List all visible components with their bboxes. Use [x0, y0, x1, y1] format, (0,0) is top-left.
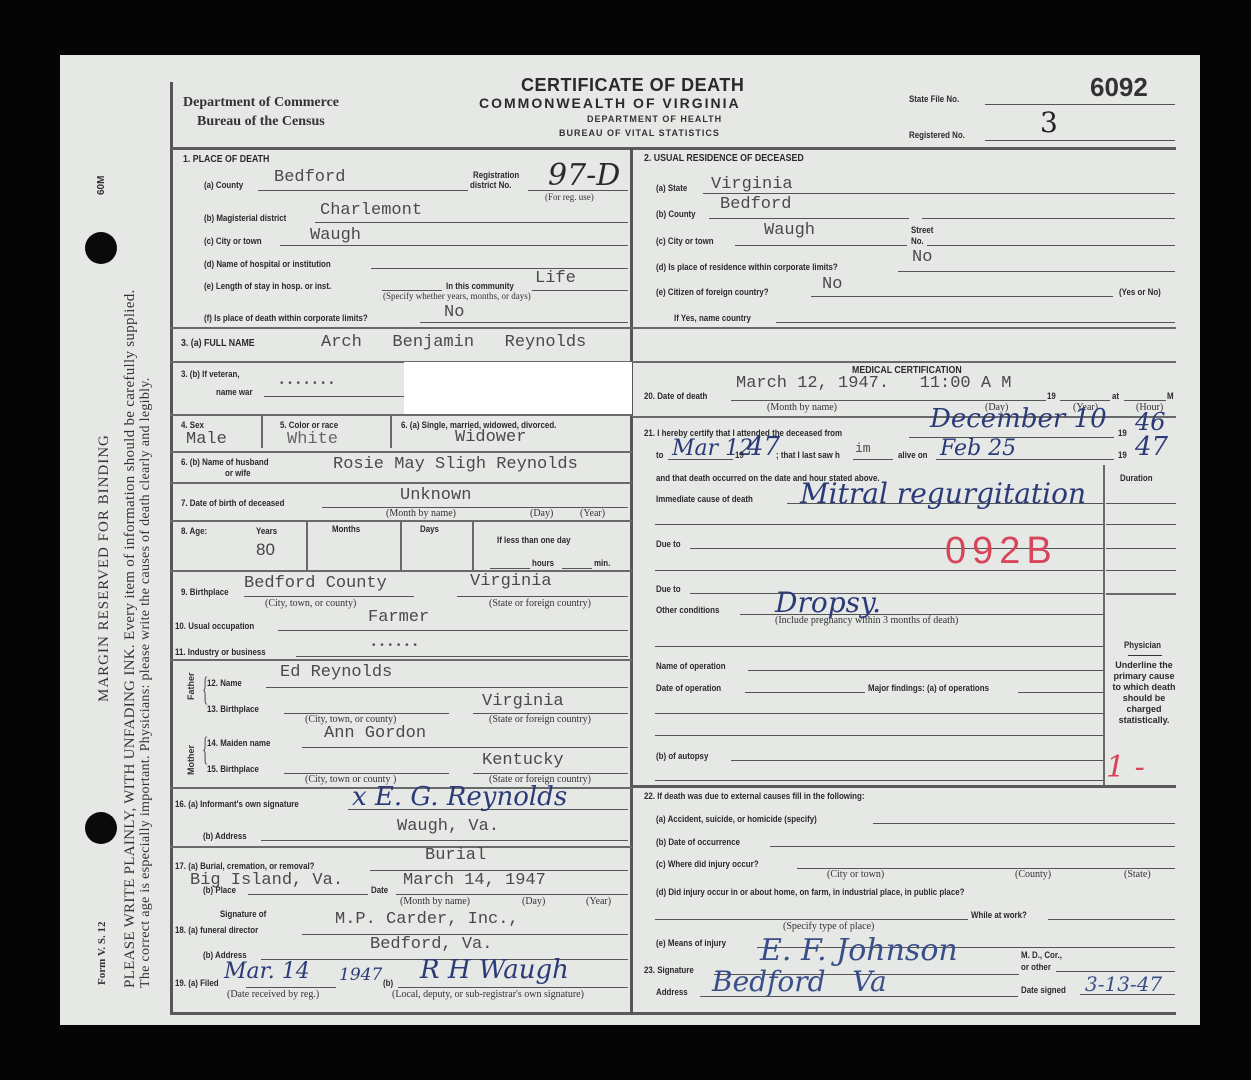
due-to-2-line [690, 593, 1103, 594]
less-day-label: If less than one day [497, 535, 571, 545]
physician-note-title: Physician [1124, 640, 1161, 650]
external-county-note: (County) [1015, 869, 1051, 880]
duration-rule [1106, 593, 1176, 595]
registered-label: Registered No. [909, 130, 965, 140]
rule-4 [170, 414, 632, 416]
other-conditions-label: Other conditions [656, 605, 719, 615]
due-to-1-label: Due to [656, 539, 681, 549]
sex-label: 4. Sex [181, 420, 204, 430]
filed-date-value: Mar. 14 [224, 959, 310, 984]
external-b-label: (b) Date of occurrence [656, 837, 740, 847]
burial-type-value: Burial [425, 846, 486, 865]
rule-1 [170, 327, 632, 329]
spouse-label-2: or wife [225, 468, 251, 478]
informant-signature: x E. G. Reynolds [352, 782, 567, 812]
findings-line [1018, 692, 1103, 693]
duration-line-2 [1106, 524, 1176, 525]
cause-line-2 [655, 524, 1103, 525]
tally-mark: 1 - [1106, 750, 1145, 785]
citizen-line [811, 296, 1113, 297]
spouse-label: 6. (b) Name of husband [181, 457, 269, 467]
birthplace-label: 9. Birthplace [181, 587, 229, 597]
autopsy-line-2 [655, 780, 1103, 781]
birthplace-city-line [244, 596, 414, 597]
registered-line [985, 140, 1175, 141]
type-of-place-note: (Specify type of place) [783, 921, 874, 932]
means-of-injury-label: (e) Means of injury [656, 938, 726, 948]
divider-sex [261, 416, 263, 448]
burial-type-label: 17. (a) Burial, cremation, or removal? [175, 861, 315, 871]
city-line [280, 245, 628, 246]
rule-9 [170, 659, 632, 661]
duration-line-3 [1106, 548, 1176, 549]
rule-2 [632, 327, 1176, 329]
father-birth-label: 13. Birthplace [207, 704, 259, 714]
death-19-label: 19 [1047, 391, 1056, 401]
external-a-label: (a) Accident, suicide, or homicide (spec… [656, 814, 817, 824]
hours-line [490, 568, 530, 569]
years-label: Years [256, 526, 277, 536]
rule-11 [170, 846, 632, 848]
frame-left [170, 82, 173, 1015]
informant-signature-label: 16. (a) Informant's own signature [175, 799, 299, 809]
autopsy-line [731, 760, 1103, 761]
street-label: Street [911, 225, 933, 235]
death-month-note: (Month by name) [767, 402, 837, 413]
days-label: Days [420, 524, 439, 534]
father-name-value: Ed Reynolds [280, 663, 392, 682]
rule-13 [632, 785, 1176, 788]
external-c-label: (c) Where did injury occur? [656, 859, 759, 869]
occupation-line [278, 630, 628, 631]
death-at-label: at [1112, 391, 1119, 401]
findings-line-2 [655, 713, 1103, 714]
community-line [532, 290, 628, 291]
country-label: If Yes, name country [674, 313, 751, 323]
code-stamp: 092B [945, 530, 1058, 573]
father-name-label: 12. Name [207, 678, 242, 688]
instruction-line-2: The correct age is especially important.… [138, 377, 154, 988]
binding-hole-bottom [85, 812, 117, 844]
informant-address-value: Waugh, Va. [397, 817, 499, 836]
autopsy-label: (b) of autopsy [656, 751, 708, 761]
sex-value: Male [186, 430, 227, 449]
registrar-line [398, 987, 628, 988]
death-date-label: 20. Date of death [644, 391, 707, 401]
citizen-label: (e) Citizen of foreign country? [656, 287, 769, 297]
res-state-value: Virginia [711, 175, 793, 194]
attend-to-19: 19 [735, 450, 744, 460]
divider-days [472, 522, 474, 570]
full-name-label: 3. (a) FULL NAME [181, 338, 255, 349]
hospital-line [371, 268, 628, 269]
findings-line-3 [655, 735, 1103, 736]
while-at-work-line [1048, 919, 1175, 920]
physician-signature-label: 23. Signature [644, 965, 694, 975]
death-date-value: March 12, 1947. 11:00 A M [736, 374, 1011, 393]
last-saw-him: im [855, 441, 871, 456]
res-county-line [709, 218, 909, 219]
birthplace-city-value: Bedford County [244, 574, 387, 593]
informant-address-label: (b) Address [203, 831, 247, 841]
physician-note-rule [1128, 655, 1162, 656]
divider-years [306, 522, 308, 570]
burial-date-value: March 14, 1947 [403, 871, 546, 890]
rule-6 [170, 482, 632, 484]
immediate-cause-value: Mitral regurgitation [800, 477, 1086, 510]
months-label: Months [332, 524, 360, 534]
veteran-line [264, 396, 404, 397]
operation-line [748, 670, 1103, 671]
external-d-label: (d) Did injury occur in or about home, o… [656, 887, 964, 897]
attend-to-label: to [656, 450, 663, 460]
corporate-label-1: (f) Is place of death within corporate l… [204, 313, 368, 323]
res-city-label: (c) City or town [656, 236, 714, 246]
duration-label: Duration [1120, 473, 1153, 483]
physician-address-label: Address [656, 987, 688, 997]
dob-label: 7. Date of birth of deceased [181, 498, 284, 508]
instruction-line-1: PLEASE WRITE PLAINLY, WITH UNFADING INK.… [122, 289, 139, 988]
corporate-line-1 [420, 322, 628, 323]
operation-label: Name of operation [656, 661, 726, 671]
corporate-value-1: No [444, 303, 464, 322]
mother-birth-state-value: Kentucky [482, 751, 564, 770]
informant-address-line [261, 840, 628, 841]
reg-district-value: 97-D [548, 158, 620, 193]
cause-line-6 [655, 646, 1103, 647]
residence-heading: 2. USUAL RESIDENCE OF DECEASED [644, 153, 804, 164]
filed-date-line [246, 987, 336, 988]
occupation-value: Farmer [368, 608, 429, 627]
department-of-health: DEPARTMENT OF HEALTH [587, 114, 722, 124]
race-label: 5. Color or race [280, 420, 338, 430]
birthplace-city-note: (City, town, or county) [265, 598, 356, 609]
father-tag: Father [186, 672, 196, 700]
res-city-line [735, 245, 907, 246]
dob-day-note: (Day) [530, 508, 553, 519]
age-label: 8. Age: [181, 526, 207, 536]
header-rule [170, 147, 1176, 150]
external-a-line [873, 823, 1175, 824]
while-at-work-label: While at work? [971, 910, 1027, 920]
birthplace-state-line [457, 596, 628, 597]
dept-line-2: Bureau of the Census [197, 114, 325, 130]
reg-district-label-2: district No. [470, 180, 511, 190]
veteran-label: 3. (b) If veteran, [181, 369, 240, 379]
alive-on-value: Feb 25 [940, 436, 1016, 461]
attend-from-value: December 10 [930, 404, 1107, 434]
veteran-value: • • • • • • • [280, 378, 334, 389]
reg-district-label: Registration [473, 170, 519, 180]
res-state-label: (a) State [656, 183, 687, 193]
state-file-label: State File No. [909, 94, 959, 104]
rule-8 [170, 570, 632, 572]
last-saw-label: ; that I last saw h [776, 450, 840, 460]
birthplace-state-note: (State or foreign country) [489, 598, 591, 609]
footer-rule [170, 1012, 1176, 1015]
certificate-title: CERTIFICATE OF DEATH [521, 75, 744, 96]
duration-divider [1103, 465, 1105, 785]
date-signed-value: 3-13-47 [1085, 972, 1162, 996]
last-saw-line [853, 459, 893, 460]
father-state-note: (State or foreign country) [489, 714, 591, 725]
burial-place-line [248, 894, 368, 895]
state-file-number: 6092 [1090, 72, 1148, 103]
place-of-death-heading: 1. PLACE OF DEATH [183, 154, 269, 165]
res-corporate-value: No [912, 248, 932, 267]
min-line [562, 568, 592, 569]
street-line [927, 245, 1175, 246]
mother-birth-label: 15. Birthplace [207, 764, 259, 774]
due-to-2-label: Due to [656, 584, 681, 594]
physician-note: Underline the primary cause to which dea… [1112, 660, 1176, 726]
citizen-value: No [822, 275, 842, 294]
director-label-2: 18. (a) funeral director [175, 925, 258, 935]
death-date-line [731, 400, 1046, 401]
state-file-line [985, 104, 1175, 105]
street-no-label: No. [911, 236, 924, 246]
res-county-label: (b) County [656, 209, 696, 219]
stock-code: 60M [96, 176, 107, 195]
cause-line-4 [655, 570, 1103, 571]
race-value: White [287, 430, 338, 449]
name-war-label: name war [216, 387, 253, 397]
director-label: Signature of [220, 909, 266, 919]
rule-5 [170, 451, 632, 453]
burial-place-label: (b) Place [203, 885, 236, 895]
mother-tag: Mother [186, 745, 196, 775]
external-b-line [770, 846, 1175, 847]
filed-note: (Date received by reg.) [227, 989, 319, 1000]
county-value: Bedford [274, 168, 345, 187]
margin-reserved-text: MARGIN RESERVED FOR BINDING [96, 434, 113, 702]
mother-name-value: Ann Gordon [324, 724, 426, 743]
immediate-cause-label: Immediate cause of death [656, 494, 753, 504]
filed-year-value: 1947 [339, 965, 382, 985]
external-heading: 22. If death was due to external causes … [644, 791, 864, 801]
res-county-value: Bedford [720, 195, 791, 214]
industry-value: • • • • • • [372, 640, 418, 651]
father-name-line [266, 687, 628, 688]
magisterial-value: Charlemont [320, 201, 422, 220]
registered-number: 3 [1040, 106, 1058, 139]
stay-label: (e) Length of stay in hosp. or inst. [204, 281, 331, 291]
external-city-note: (City or town) [827, 869, 884, 880]
birthplace-state-value: Virginia [470, 572, 552, 591]
burial-date-line [396, 894, 628, 895]
magisterial-label: (b) Magisterial district [204, 213, 286, 223]
community-value: Life [535, 269, 576, 288]
burial-year-note: (Year) [586, 896, 611, 907]
reg-use-note: (For reg. use) [545, 192, 594, 202]
father-birth-state-value: Virginia [482, 692, 564, 711]
op-date-line [745, 692, 865, 693]
divider-months [400, 522, 402, 570]
duration-line-1 [1106, 503, 1176, 504]
alive-19: 19 [1118, 450, 1127, 460]
director-value: M.P. Carder, Inc., [335, 910, 519, 929]
findings-label: Major findings: (a) of operations [868, 683, 989, 693]
pregnancy-note: (Include pregnancy within 3 months of de… [775, 615, 958, 626]
city-label: (c) City or town [204, 236, 262, 246]
burial-day-note: (Day) [522, 896, 545, 907]
burial-month-note: (Month by name) [400, 896, 470, 907]
occupation-label: 10. Usual occupation [175, 621, 254, 631]
or-other-label: or other [1021, 962, 1051, 972]
physician-signature: E. F. Johnson [760, 933, 958, 968]
death-year-line [1060, 400, 1110, 401]
date-signed-label: Date signed [1021, 985, 1066, 995]
filed-b-label: (b) [383, 978, 393, 988]
center-divider [630, 147, 633, 1015]
dept-line-1: Department of Commerce [183, 95, 339, 111]
alive-year: 47 [1135, 432, 1168, 462]
registrar-note: (Local, deputy, or sub-registrar's own s… [392, 989, 584, 1000]
commonwealth-title: COMMONWEALTH OF VIRGINIA [479, 95, 741, 111]
registrar-signature: R H Waugh [420, 955, 569, 985]
director-address-value: Bedford, Va. [370, 935, 492, 954]
min-label: min. [594, 558, 610, 568]
binding-hole-top [85, 232, 117, 264]
external-state-note: (State) [1124, 869, 1151, 880]
city-value: Waugh [310, 226, 361, 245]
mother-name-label: 14. Maiden name [207, 738, 270, 748]
bureau-vital-statistics: BUREAU OF VITAL STATISTICS [559, 128, 720, 138]
industry-label: 11. Industry or business [175, 647, 266, 657]
years-value: 80 [256, 540, 275, 560]
md-label: M. D., Cor., [1021, 950, 1062, 960]
external-d-line [655, 919, 968, 920]
alive-on-label: alive on [898, 450, 927, 460]
death-hour-line [1124, 400, 1166, 401]
dob-value: Unknown [400, 486, 471, 505]
yes-no-note: (Yes or No) [1119, 287, 1161, 297]
redacted-area [404, 362, 632, 414]
hospital-label: (d) Name of hospital or institution [204, 259, 331, 269]
hours-label: hours [532, 558, 554, 568]
duration-line-4 [1106, 570, 1176, 571]
res-corporate-line [898, 271, 1175, 272]
attend-from-19: 19 [1118, 428, 1127, 438]
filed-label: 19. (a) Filed [175, 978, 219, 988]
rule-3 [170, 361, 1176, 363]
county-label: (a) County [204, 180, 243, 190]
stay-note: (Specify whether years, months, or days) [383, 291, 531, 301]
divider-race [390, 416, 392, 448]
county-line [258, 190, 468, 191]
res-city-value: Waugh [764, 221, 815, 240]
op-date-label: Date of operation [656, 683, 721, 693]
burial-date-label: Date [371, 885, 388, 895]
dob-month-note: (Month by name) [386, 508, 456, 519]
mother-name-line [302, 747, 628, 748]
community-label: In this community [446, 281, 514, 291]
spouse-value: Rosie May Sligh Reynolds [333, 455, 578, 474]
death-m-label: M [1167, 391, 1174, 401]
magisterial-line [315, 222, 628, 223]
form-number: Form V. S. 12 [96, 922, 108, 985]
dob-year-note: (Year) [580, 508, 605, 519]
full-name-value: Arch Benjamin Reynolds [321, 333, 586, 352]
res-county-line-2 [922, 218, 1175, 219]
physician-address: Bedford Va [712, 965, 887, 998]
industry-line [296, 656, 628, 657]
marital-value: Widower [455, 428, 526, 447]
country-line [776, 322, 1175, 323]
res-corporate-label: (d) Is place of residence within corpora… [656, 262, 838, 272]
